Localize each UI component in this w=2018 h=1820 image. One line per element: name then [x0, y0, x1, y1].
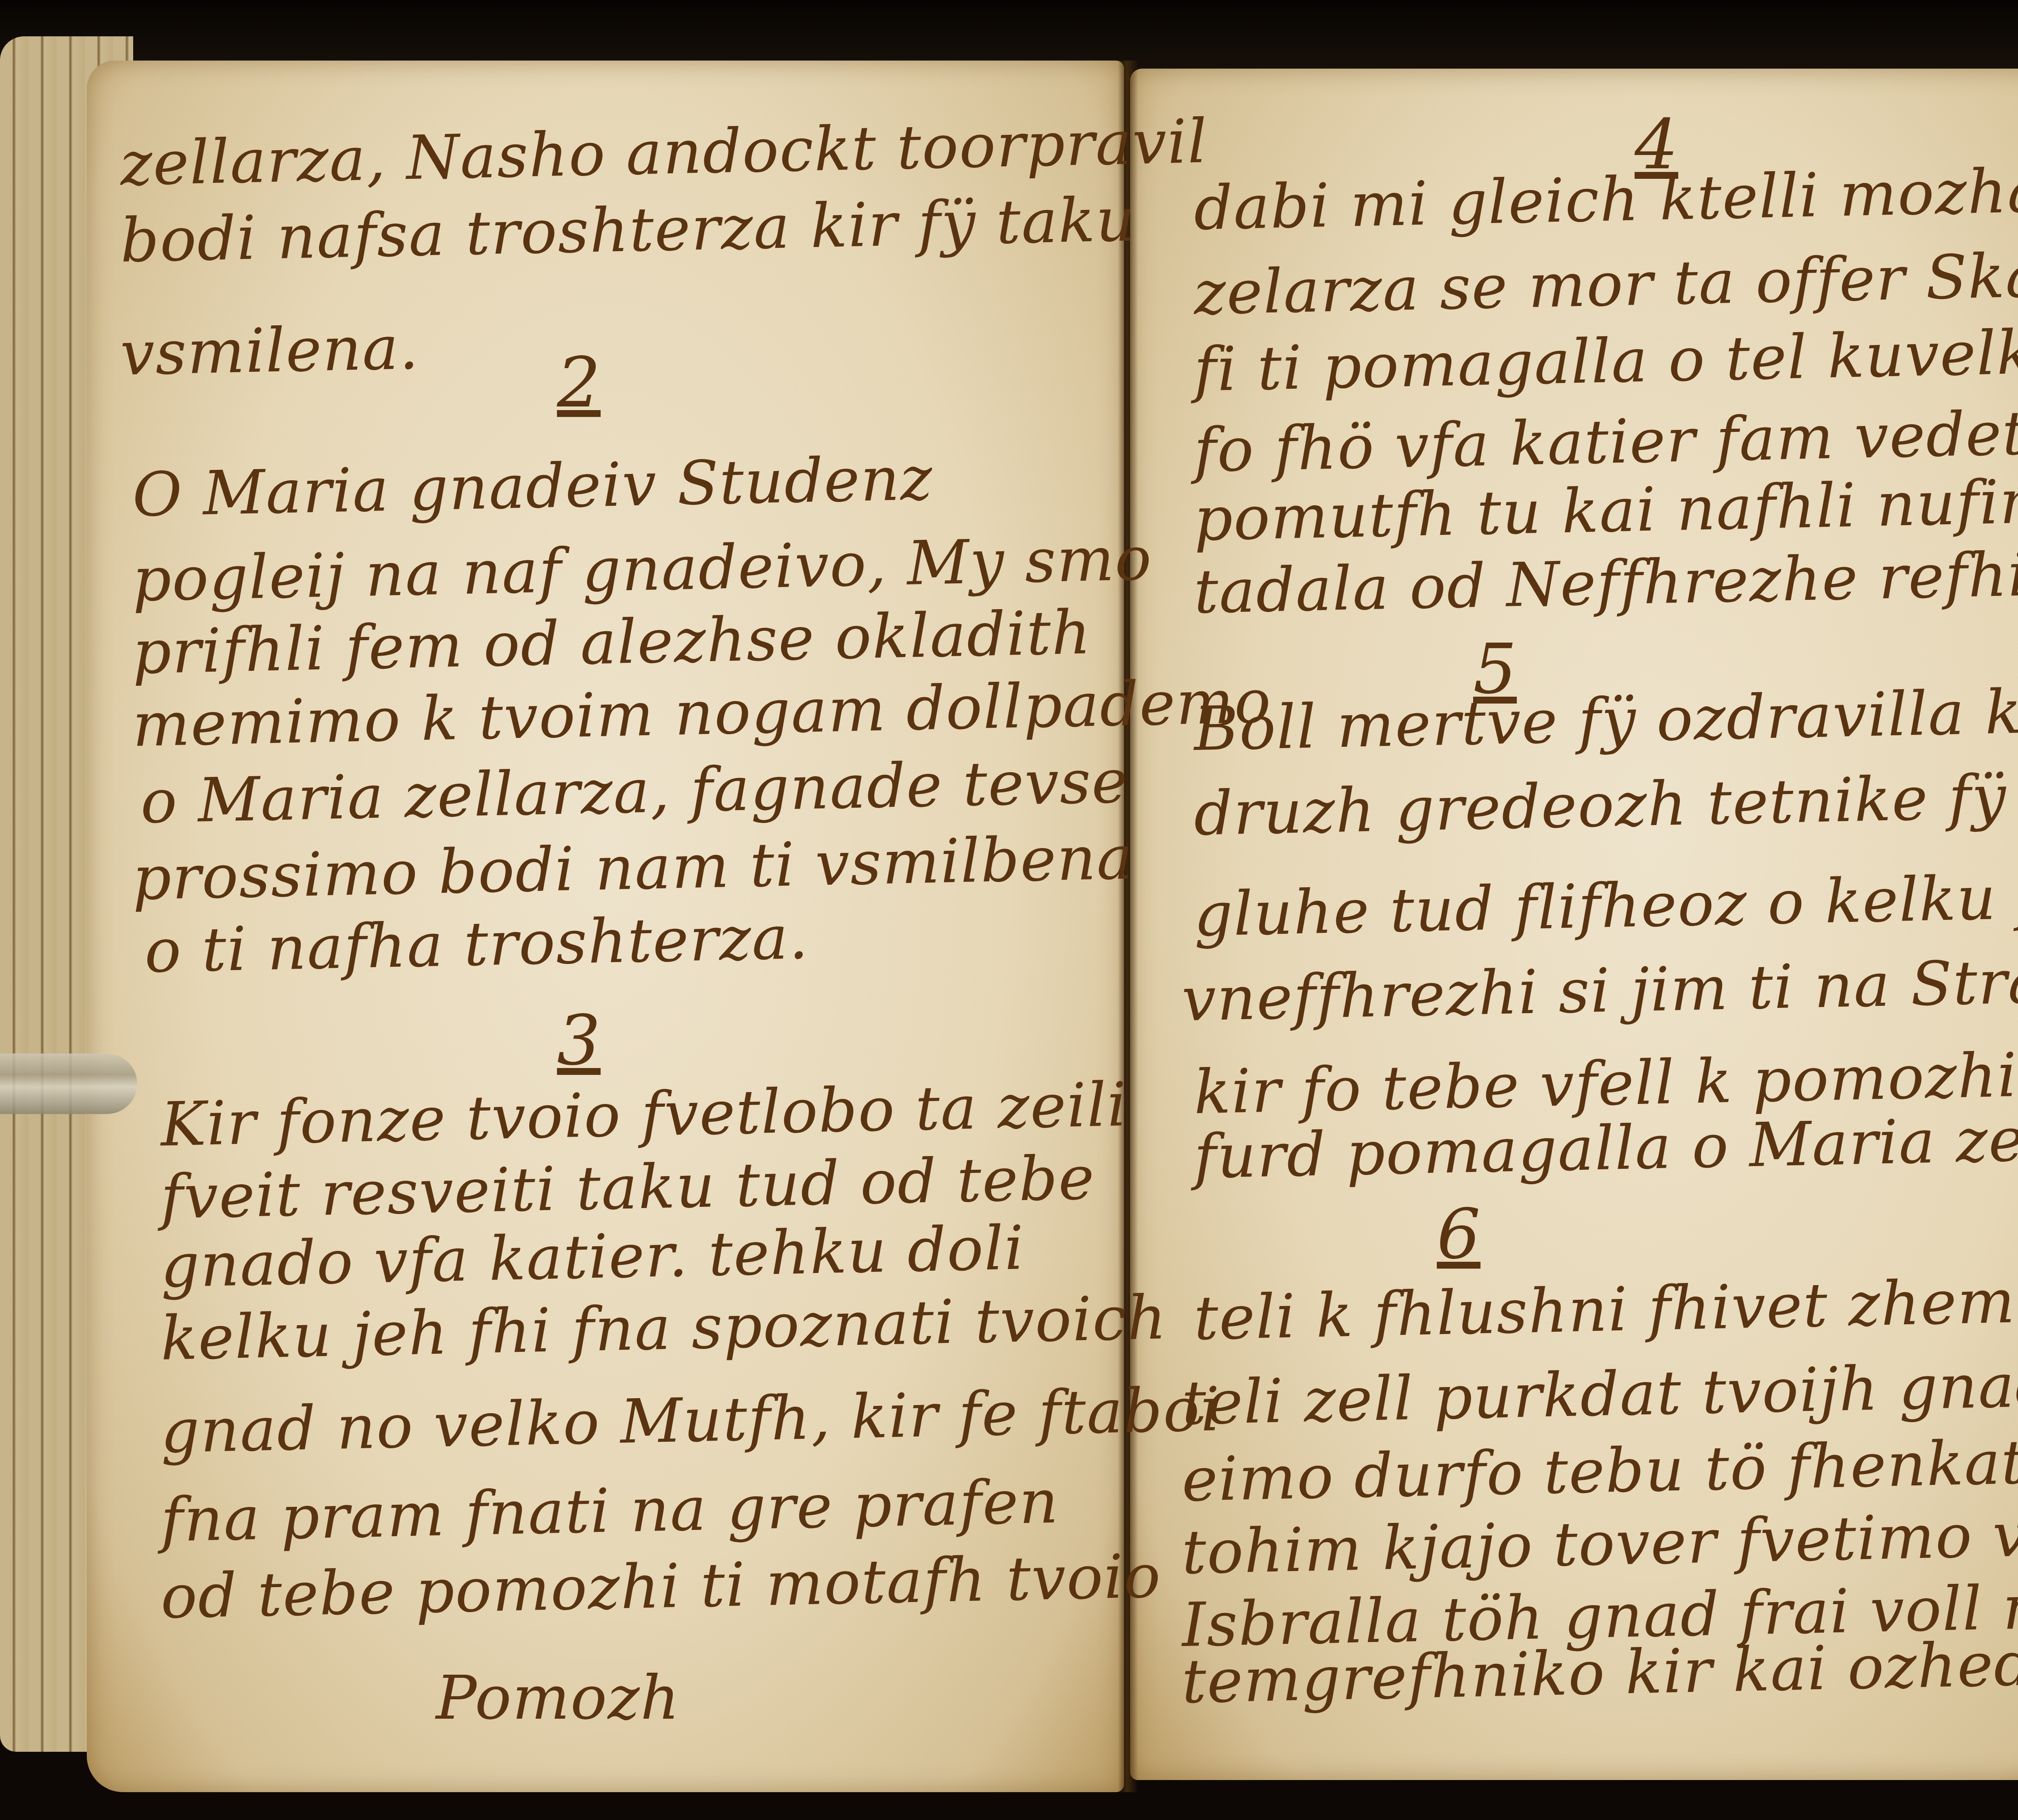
- glass-rod-holder-left: [0, 1053, 137, 1114]
- left-line: o ti nafha troshterza.: [144, 903, 809, 986]
- left-line: vsmilena.: [119, 313, 420, 389]
- section-marker: 2: [557, 343, 601, 423]
- catchword: Pomozh: [436, 1663, 680, 1733]
- section-marker: 6: [1437, 1195, 1480, 1275]
- section-marker: 3: [557, 1001, 601, 1081]
- book-gutter: [1118, 61, 1138, 1792]
